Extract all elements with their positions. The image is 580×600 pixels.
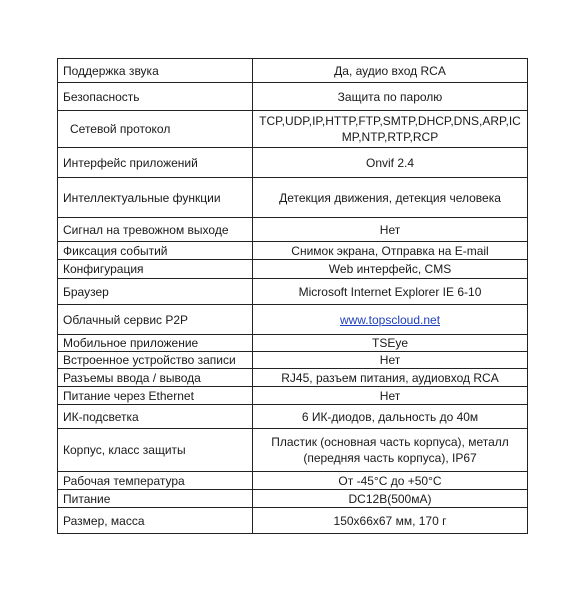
spec-value: Web интерфейс, CMS	[253, 260, 528, 279]
table-row: Мобильное приложение TSEye	[58, 335, 528, 352]
spec-value: Нет	[253, 352, 528, 369]
spec-value: Microsoft Internet Explorer IE 6-10	[253, 279, 528, 305]
spec-key: Корпус, класс защиты	[58, 429, 253, 472]
table-row: Сигнал на тревожном выходе Нет	[58, 218, 528, 242]
spec-value: Защита по паролю	[253, 83, 528, 111]
spec-value: Да, аудио вход RCA	[253, 59, 528, 83]
spec-value: Детекция движения, детекция человека	[253, 178, 528, 218]
spec-value: TCP,UDP,IP,HTTP,FTP,SMTP,DHCP,DNS,ARP,IC…	[253, 111, 528, 148]
spec-value: Нет	[253, 387, 528, 405]
spec-key: Поддержка звука	[58, 59, 253, 83]
table-row: Питание DC12В(500мА)	[58, 490, 528, 508]
spec-key: Мобильное приложение	[58, 335, 253, 352]
table-row: Рабочая температура От -45°C до +50°C	[58, 472, 528, 490]
spec-key: Питание	[58, 490, 253, 508]
spec-key: Сигнал на тревожном выходе	[58, 218, 253, 242]
specifications-table: Поддержка звука Да, аудио вход RCA Безоп…	[57, 58, 528, 534]
spec-key: Интерфейс приложений	[58, 148, 253, 178]
spec-key: Рабочая температура	[58, 472, 253, 490]
table-row: Сетевой протокол TCP,UDP,IP,HTTP,FTP,SMT…	[58, 111, 528, 148]
spec-key: Фиксация событий	[58, 242, 253, 260]
table-row: Поддержка звука Да, аудио вход RCA	[58, 59, 528, 83]
spec-key: Интеллектуальные функции	[58, 178, 253, 218]
spec-value: Снимок экрана, Отправка на E-mail	[253, 242, 528, 260]
spec-key: ИК-подсветка	[58, 405, 253, 429]
spec-value: 150x66x67 мм, 170 г	[253, 508, 528, 534]
table-row: Корпус, класс защиты Пластик (основная ч…	[58, 429, 528, 472]
spec-key: Встроенное устройство записи	[58, 352, 253, 369]
table-row: Размер, масса 150x66x67 мм, 170 г	[58, 508, 528, 534]
spec-key: Безопасность	[58, 83, 253, 111]
spec-key: Разъемы ввода / вывода	[58, 369, 253, 387]
table-row: ИК-подсветка 6 ИК-диодов, дальность до 4…	[58, 405, 528, 429]
table-row: Питание через Ethernet Нет	[58, 387, 528, 405]
table-row: Интеллектуальные функции Детекция движен…	[58, 178, 528, 218]
spec-value: TSEye	[253, 335, 528, 352]
table-row: Фиксация событий Снимок экрана, Отправка…	[58, 242, 528, 260]
spec-value: От -45°C до +50°C	[253, 472, 528, 490]
spec-value: Нет	[253, 218, 528, 242]
table-row: Разъемы ввода / вывода RJ45, разъем пита…	[58, 369, 528, 387]
spec-key: Облачный сервис P2P	[58, 305, 253, 335]
spec-key: Питание через Ethernet	[58, 387, 253, 405]
spec-value: RJ45, разъем питания, аудиовход RCA	[253, 369, 528, 387]
spec-key: Браузер	[58, 279, 253, 305]
table-row: Конфигурация Web интерфейс, CMS	[58, 260, 528, 279]
table-row: Безопасность Защита по паролю	[58, 83, 528, 111]
cloud-service-link[interactable]: www.topscloud.net	[340, 313, 440, 327]
spec-value: 6 ИК-диодов, дальность до 40м	[253, 405, 528, 429]
spec-value: Пластик (основная часть корпуса), металл…	[253, 429, 528, 472]
table-row: Интерфейс приложений Onvif 2.4	[58, 148, 528, 178]
spec-value: www.topscloud.net	[253, 305, 528, 335]
table-row: Браузер Microsoft Internet Explorer IE 6…	[58, 279, 528, 305]
spec-key: Размер, масса	[58, 508, 253, 534]
spec-key: Сетевой протокол	[58, 111, 253, 148]
spec-value: Onvif 2.4	[253, 148, 528, 178]
spec-key: Конфигурация	[58, 260, 253, 279]
table-row: Облачный сервис P2P www.topscloud.net	[58, 305, 528, 335]
table-row: Встроенное устройство записи Нет	[58, 352, 528, 369]
spec-value: DC12В(500мА)	[253, 490, 528, 508]
